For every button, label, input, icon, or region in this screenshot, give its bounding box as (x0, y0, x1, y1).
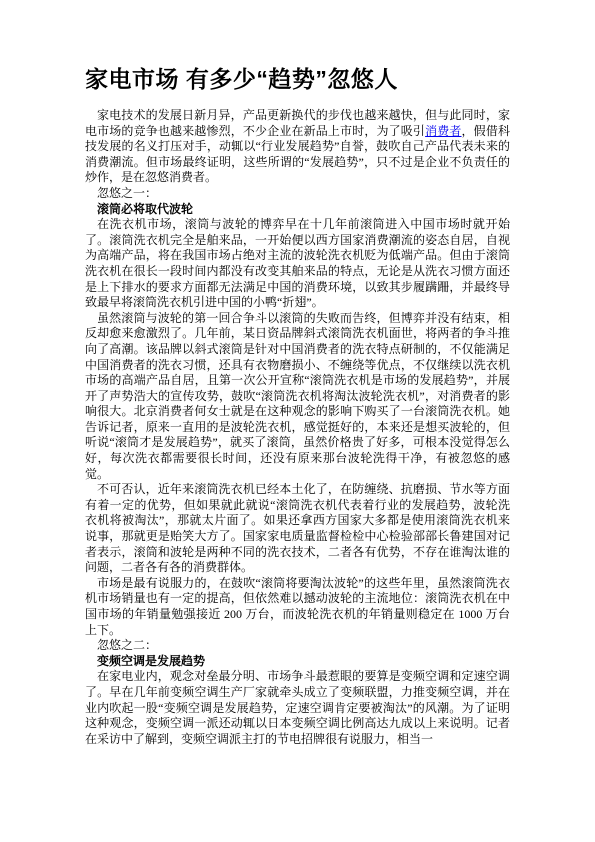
body-paragraph: 在洗衣机市场，滚筒与波轮的博弈早在十几年前滚筒进入中国市场时就开始了。滚筒洗衣机… (85, 217, 510, 311)
body-paragraph: 虽然滚筒与波轮的第一回合争斗以滚筒的失败而告终，但博弈并没有结束，相反却愈来愈激… (85, 311, 510, 483)
intro-paragraph: 家电技术的发展日新月异，产品更新换代的步伐也越来越快，但与此同时，家电市场的竞争… (85, 108, 510, 186)
article: 家电市场 有多少“趋势”忽悠人 家电技术的发展日新月异，产品更新换代的步伐也越来… (85, 64, 510, 747)
body-paragraph: 市场是最有说服力的，在鼓吹“滚筒将要淘汰波轮”的这些年里，虽然滚筒洗衣机市场销量… (85, 576, 510, 638)
body-paragraph: 在家电业内，观念对垒最分明、市场争斗最惹眼的要算是变频空调和定速空调了。早在几年… (85, 669, 510, 747)
section-1-label: 忽悠之一： (85, 186, 510, 202)
article-title: 家电市场 有多少“趋势”忽悠人 (85, 64, 510, 94)
section-1-heading: 滚筒必将取代波轮 (85, 202, 510, 218)
body-paragraph: 不可否认，近年来滚筒洗衣机已经本土化了，在防缠绕、抗磨损、节水等方面有着一定的优… (85, 482, 510, 576)
document-page: 家电市场 有多少“趋势”忽悠人 家电技术的发展日新月异，产品更新换代的步伐也越来… (0, 0, 595, 842)
section-2-label: 忽悠之二： (85, 638, 510, 654)
section-2-heading: 变频空调是发展趋势 (85, 654, 510, 670)
consumer-link[interactable]: 消费者 (425, 124, 461, 138)
